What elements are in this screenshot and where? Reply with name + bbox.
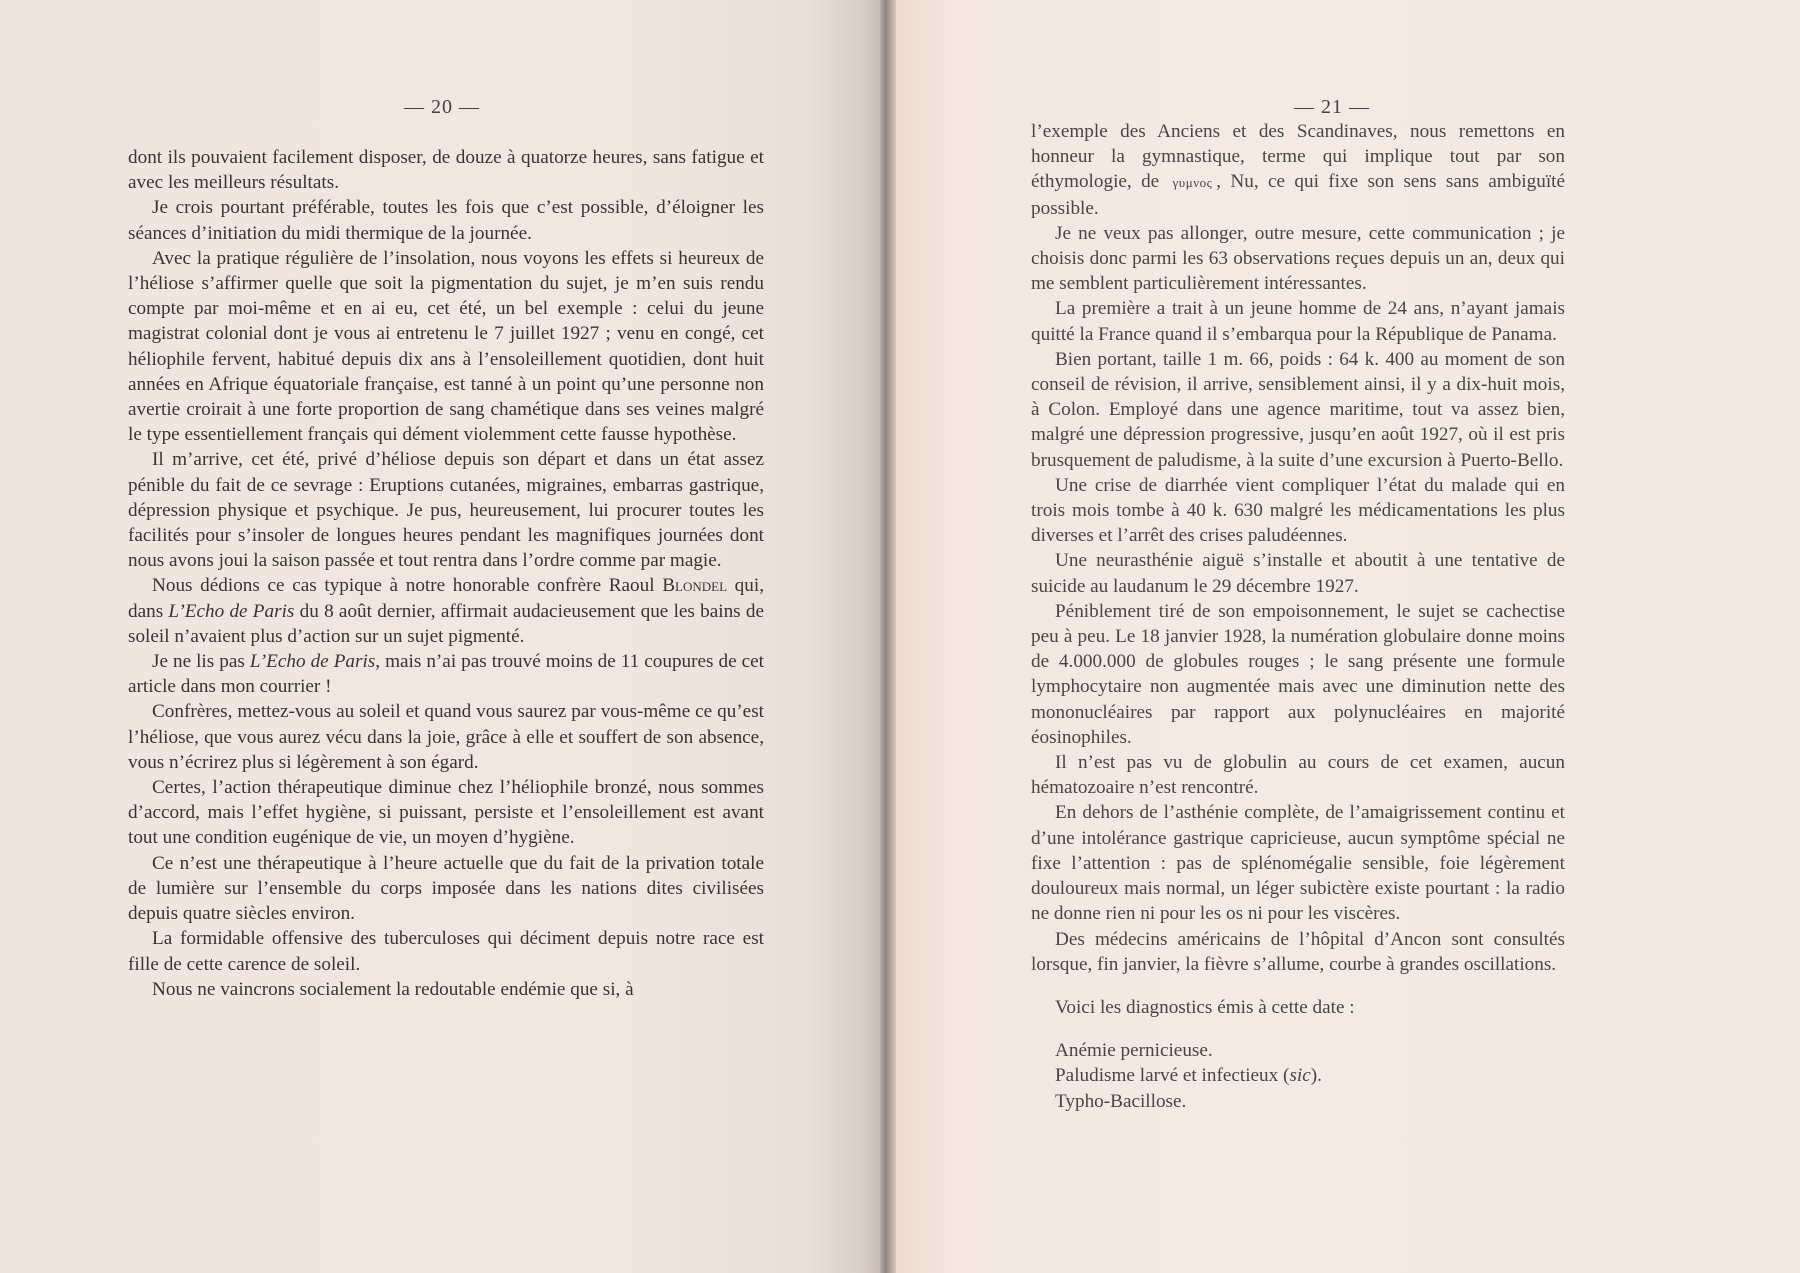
spacer (1031, 977, 1565, 995)
newspaper-title: L’Echo de Paris (250, 651, 375, 672)
diagnostic-item: Paludisme larvé et infectieux (sic). (1055, 1063, 1565, 1088)
paragraph: La formidable offensive des tuberculoses… (128, 926, 764, 976)
book-gutter (880, 0, 896, 1273)
diagnostics-intro: Voici les diagnostics émis à cette date … (1031, 995, 1565, 1020)
book-spread: — 20 — dont ils pouvaient facilement dis… (0, 0, 1800, 1273)
paragraph: Certes, l’action thérapeutique diminue c… (128, 775, 764, 851)
paragraph: Confrères, mettez-vous au soleil et quan… (128, 699, 764, 775)
diagnostic-item: Anémie pernicieuse. (1055, 1038, 1565, 1063)
page-number-right: — 21 — (1294, 96, 1370, 119)
paragraph: Une crise de diarrhée vient compliquer l… (1031, 473, 1565, 549)
paragraph: En dehors de l’asthénie complète, de l’a… (1031, 800, 1565, 926)
right-page: — 21 — l’exemple des Anciens et des Scan… (896, 0, 1800, 1273)
paragraph: Il m’arrive, cet été, privé d’héliose de… (128, 447, 764, 573)
paragraph: Ce n’est une thérapeutique à l’heure act… (128, 851, 764, 927)
spacer (1031, 1020, 1565, 1038)
text-run: Je ne lis pas (152, 651, 250, 672)
paragraph: Avec la pratique régulière de l’insolati… (128, 246, 764, 448)
paragraph: Je ne veux pas allonger, outre mesure, c… (1031, 221, 1565, 297)
text-run: ). (1311, 1065, 1322, 1086)
diagnostic-item: Typho-Bacillose. (1055, 1089, 1565, 1114)
paragraph: Péniblement tiré de son empoisonnement, … (1031, 599, 1565, 750)
left-page: — 20 — dont ils pouvaient facilement dis… (0, 0, 880, 1273)
paragraph-blondel: Nous dédions ce cas typique à notre hono… (128, 573, 764, 649)
diagnostics-list: Anémie pernicieuse. Paludisme larvé et i… (1055, 1038, 1565, 1114)
author-name: Blondel (662, 575, 727, 596)
text-run: Paludisme larvé et infectieux ( (1055, 1065, 1289, 1086)
paragraph: Une neurasthénie aiguë s’installe et abo… (1031, 548, 1565, 598)
paragraph: Bien portant, taille 1 m. 66, poids : 64… (1031, 347, 1565, 473)
paragraph: Des médecins américains de l’hôpital d’A… (1031, 927, 1565, 977)
paragraph: Il n’est pas vu de globulin au cours de … (1031, 750, 1565, 800)
paragraph: Nous ne vaincrons socialement la redouta… (128, 977, 764, 1002)
paragraph: Je crois pourtant préférable, toutes les… (128, 195, 764, 245)
paragraph-etymology: l’exemple des Anciens et des Scandinaves… (1031, 119, 1565, 221)
paragraph: La première a trait à un jeune homme de … (1031, 296, 1565, 346)
right-page-body: l’exemple des Anciens et des Scandinaves… (1031, 119, 1565, 1114)
paragraph: dont ils pouvaient facilement disposer, … (128, 145, 764, 195)
newspaper-title: L’Echo de Paris (168, 601, 294, 622)
page-number-left: — 20 — (404, 96, 480, 119)
greek-word: γυμνος (1169, 175, 1217, 190)
sic-annotation: sic (1289, 1065, 1310, 1086)
paragraph-echo: Je ne lis pas L’Echo de Paris, mais n’ai… (128, 649, 764, 699)
text-run: Nous dédions ce cas typique à notre hono… (152, 575, 662, 596)
left-page-body: dont ils pouvaient facilement disposer, … (128, 145, 764, 1002)
